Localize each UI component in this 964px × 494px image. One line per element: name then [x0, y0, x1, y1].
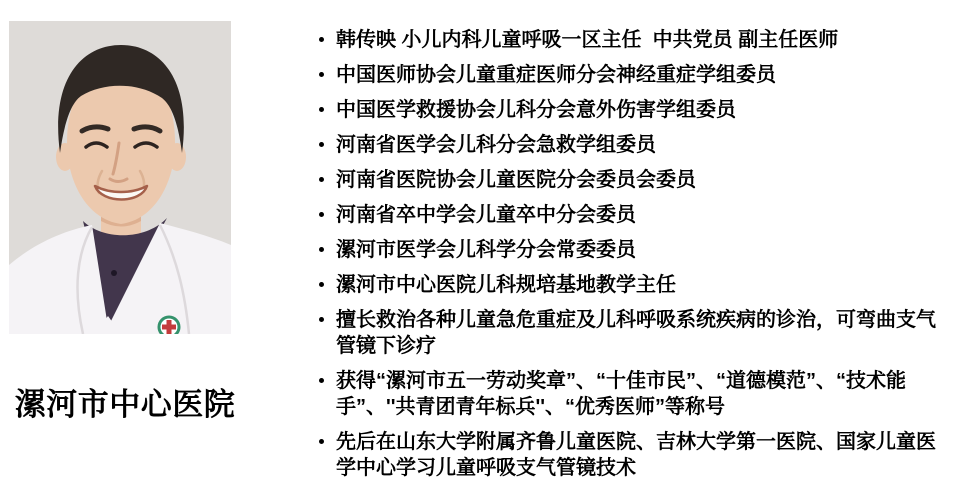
bullet-icon [318, 202, 336, 228]
credential-item: 擅长救治各种儿童急危重症及儿科呼吸系统疾病的诊治，可弯曲支气管镜下诊疗 [318, 307, 952, 359]
credential-item: 河南省医院协会儿童医院分会委员会委员 [318, 167, 952, 193]
credential-text: 河南省医院协会儿童医院分会委员会委员 [336, 167, 952, 193]
credential-item: 先后在山东大学附属齐鲁儿童医院、吉林大学第一医院、国家儿童医学中心学习儿童呼吸支… [318, 429, 952, 481]
credential-text: 河南省医学会儿科分会急救学组委员 [336, 132, 952, 158]
credential-text: 韩传映 小儿内科儿童呼吸一区主任 中共党员 副主任医师 [336, 27, 952, 53]
bullet-icon [318, 237, 336, 263]
bullet-icon [318, 368, 336, 394]
credential-text: 擅长救治各种儿童急危重症及儿科呼吸系统疾病的诊治，可弯曲支气管镜下诊疗 [336, 307, 952, 359]
credential-text: 先后在山东大学附属齐鲁儿童医院、吉林大学第一医院、国家儿童医学中心学习儿童呼吸支… [336, 429, 952, 481]
credential-item: 漯河市中心医院儿科规培基地教学主任 [318, 272, 952, 298]
bullet-icon [318, 307, 336, 333]
doctor-photo [9, 21, 231, 334]
bullet-icon [318, 429, 336, 455]
credential-text: 获得“漯河市五一劳动奖章”、“十佳市民”、“道德模范”、“技术能手”、''共青团… [336, 368, 952, 420]
credential-item: 获得“漯河市五一劳动奖章”、“十佳市民”、“道德模范”、“技术能手”、''共青团… [318, 368, 952, 420]
credential-item: 河南省卒中学会儿童卒中分会委员 [318, 202, 952, 228]
bullet-icon [318, 62, 336, 88]
credential-text: 漯河市中心医院儿科规培基地教学主任 [336, 272, 952, 298]
bullet-icon [318, 132, 336, 158]
credential-text: 中国医学救援协会儿科分会意外伤害学组委员 [336, 97, 952, 123]
hospital-name: 漯河市中心医院 [6, 379, 244, 424]
credential-item: 中国医学救援协会儿科分会意外伤害学组委员 [318, 97, 952, 123]
shirt-button [111, 270, 117, 276]
credential-item: 漯河市医学会儿科学分会常委委员 [318, 237, 952, 263]
coat-badge-cross-h [162, 325, 176, 330]
credentials-list: 韩传映 小儿内科儿童呼吸一区主任 中共党员 副主任医师 中国医师协会儿童重症医师… [318, 27, 952, 490]
credential-text: 中国医师协会儿童重症医师分会神经重症学组委员 [336, 62, 952, 88]
bullet-icon [318, 97, 336, 123]
bullet-icon [318, 167, 336, 193]
credential-item: 中国医师协会儿童重症医师分会神经重症学组委员 [318, 62, 952, 88]
credential-item: 韩传映 小儿内科儿童呼吸一区主任 中共党员 副主任医师 [318, 27, 952, 53]
bullet-icon [318, 27, 336, 53]
credential-item: 河南省医学会儿科分会急救学组委员 [318, 132, 952, 158]
credential-text: 漯河市医学会儿科学分会常委委员 [336, 237, 952, 263]
credential-text: 河南省卒中学会儿童卒中分会委员 [336, 202, 952, 228]
bullet-icon [318, 272, 336, 298]
doctor-portrait-illustration [9, 21, 231, 334]
